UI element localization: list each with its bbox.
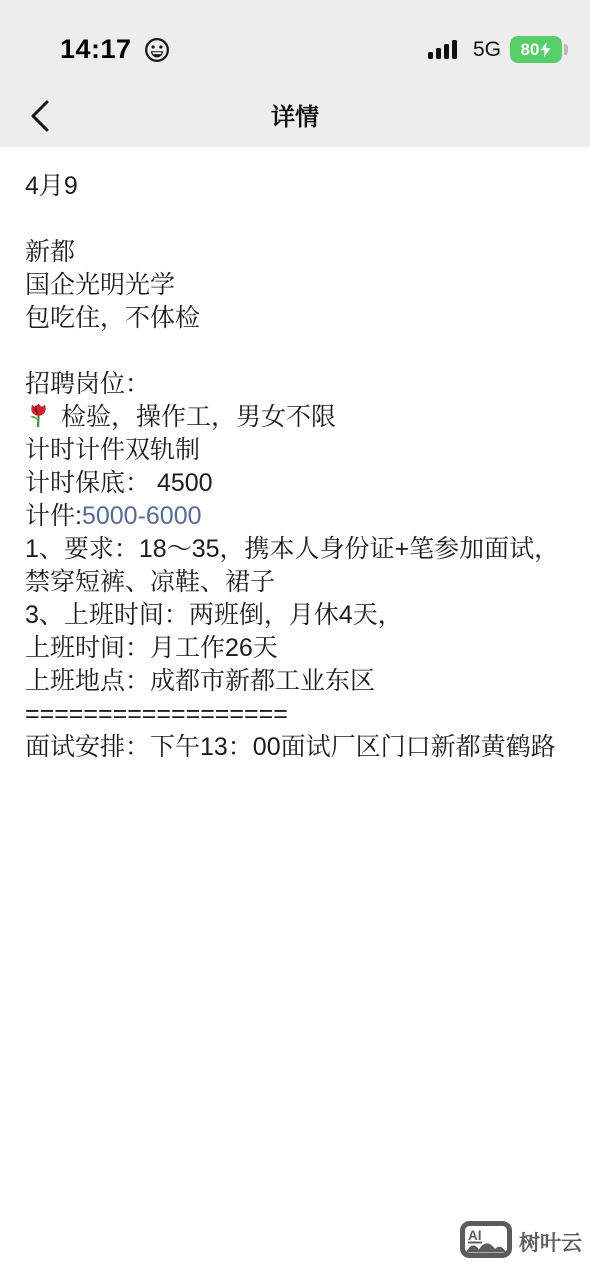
battery-indicator: 80 bbox=[510, 36, 568, 63]
content-line: 计时计件双轨制 bbox=[25, 434, 566, 467]
page-title: 详情 bbox=[0, 85, 590, 143]
battery-percent-text: 80 bbox=[521, 40, 540, 60]
message-content: 4月9 新都国企光明光学包吃住，不体检 招聘岗位： 检验，操作工，男女不限计时计… bbox=[0, 147, 590, 764]
top-chrome: 14:17 bbox=[0, 0, 590, 147]
text-segment: 3、上班时间：两班倒，月休4天， bbox=[25, 601, 403, 629]
text-segment: 新都 bbox=[25, 238, 75, 266]
content-line: 计时保底： 4500 bbox=[25, 467, 566, 500]
text-segment: 1、要求：18～35，携本人身份证+笔参加面试，禁穿短裤、凉鞋、裙子 bbox=[25, 535, 559, 596]
content-line: 招聘岗位： bbox=[25, 368, 566, 401]
svg-text:AI: AI bbox=[468, 1228, 482, 1243]
cellular-signal-icon bbox=[428, 40, 462, 60]
content-line: 包吃住，不体检 bbox=[25, 302, 566, 335]
text-segment: ================== bbox=[25, 700, 288, 728]
status-right: 5G 80 bbox=[428, 36, 568, 63]
text-segment: 面试安排：下午13：00面试厂区门口新都黄鹤路 bbox=[25, 733, 556, 761]
battery-cap bbox=[564, 44, 568, 55]
text-segment: 招聘岗位： bbox=[25, 370, 150, 398]
rose-icon bbox=[25, 402, 52, 429]
phone-screen: 14:17 bbox=[0, 0, 590, 1280]
text-segment: 计时计件双轨制 bbox=[25, 436, 200, 464]
content-line bbox=[25, 335, 566, 368]
clock-time: 14:17 bbox=[60, 34, 132, 65]
ai-image-logo-icon: AI bbox=[460, 1221, 512, 1263]
text-segment: 检验，操作工，男女不限 bbox=[54, 403, 336, 431]
status-bar: 14:17 bbox=[0, 0, 590, 85]
content-line: 新都 bbox=[25, 236, 566, 269]
text-segment: 4月9 bbox=[25, 172, 78, 200]
content-line: 1、要求：18～35，携本人身份证+笔参加面试，禁穿短裤、凉鞋、裙子 bbox=[25, 533, 566, 599]
content-line bbox=[25, 203, 566, 236]
text-segment: 计件: bbox=[25, 502, 82, 530]
grinning-face-emoji-icon bbox=[144, 37, 170, 63]
battery-level: 80 bbox=[510, 36, 562, 63]
text-segment: 上班地点：成都市新都工业东区 bbox=[25, 667, 375, 695]
text-segment: 包吃住，不体检 bbox=[25, 304, 200, 332]
content-line: 上班时间：月工作26天 bbox=[25, 632, 566, 665]
piece-rate-wage-link[interactable]: 5000-6000 bbox=[82, 502, 202, 530]
text-segment: 计时保底： 4500 bbox=[25, 469, 213, 497]
text-segment: 国企光明光学 bbox=[25, 271, 175, 299]
network-type-label: 5G bbox=[473, 38, 501, 62]
charging-bolt-icon bbox=[540, 42, 551, 57]
nav-bar: 详情 bbox=[0, 85, 590, 147]
content-line: 面试安排：下午13：00面试厂区门口新都黄鹤路 bbox=[25, 731, 566, 764]
content-line: 检验，操作工，男女不限 bbox=[25, 401, 566, 434]
content-line: ================== bbox=[25, 698, 566, 731]
watermark: AI 树叶云 bbox=[460, 1221, 582, 1263]
status-left: 14:17 bbox=[60, 34, 170, 65]
content-line: 4月9 bbox=[25, 170, 566, 203]
watermark-brand-text: 树叶云 bbox=[519, 1227, 582, 1257]
text-segment: 上班时间：月工作26天 bbox=[25, 634, 278, 662]
content-line: 国企光明光学 bbox=[25, 269, 566, 302]
content-line: 计件:5000-6000 bbox=[25, 500, 566, 533]
content-line: 3、上班时间：两班倒，月休4天， bbox=[25, 599, 566, 632]
content-line: 上班地点：成都市新都工业东区 bbox=[25, 665, 566, 698]
